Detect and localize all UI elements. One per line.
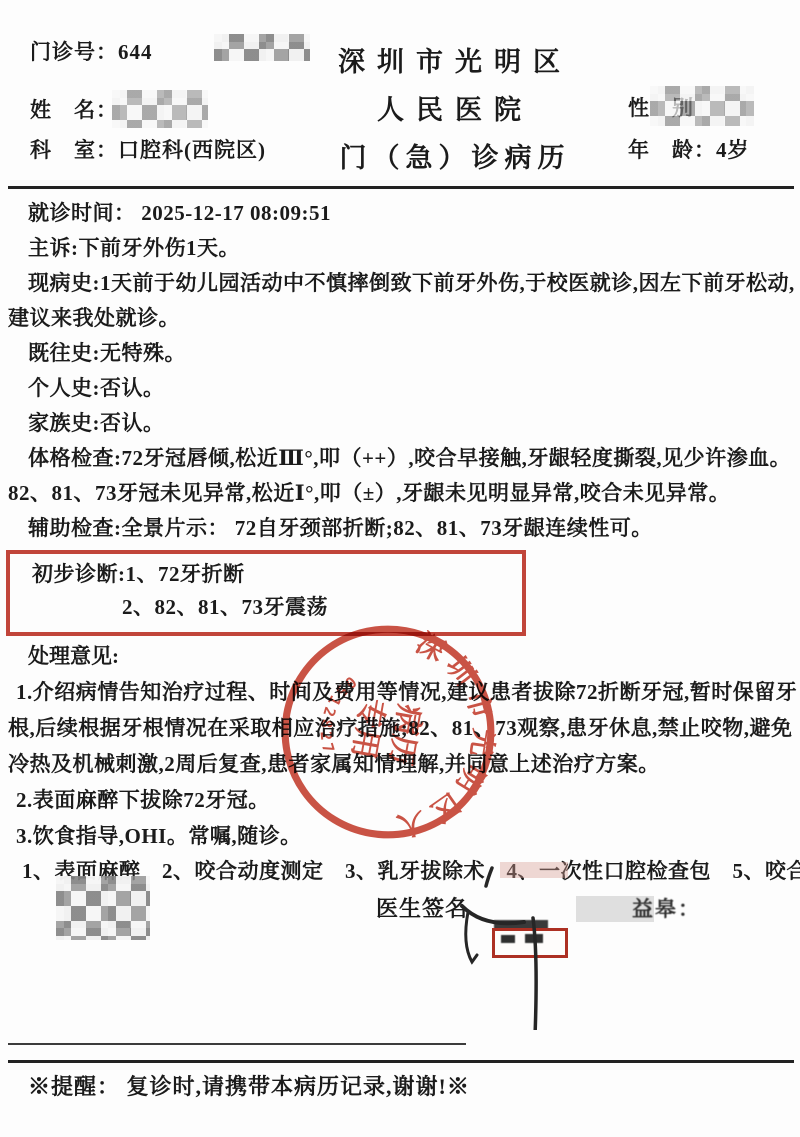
plan-line-4: 2.表面麻醉下拔除72牙冠。 [0,782,800,818]
hospital-name-line1: 深圳市光明区 [300,38,610,86]
diagnosis-line-2: 2、82、81、73牙震荡 [10,591,522,624]
chief-complaint: 主诉:下前牙外伤1天。 [0,231,800,266]
personal-history: 个人史:否认。 [0,371,800,406]
header-divider-line [8,186,794,189]
present-history-2: 建议来我处就诊。 [0,301,800,336]
department-value: 口腔科(西院区) [118,138,266,162]
physical-exam-1: 体格检查:72牙冠唇倾,松近Ⅲ°,叩（++）,咬合早接触,牙龈轻度撕裂,见少许渗… [0,441,800,476]
clinic-number-redaction-mosaic [214,34,310,61]
present-history-1: 现病史:1天前于幼儿园活动中不慎摔倒致下前牙外伤,于校医就诊,因左下前牙松动, [0,266,800,301]
clinic-number-value: 644 [118,40,153,64]
visit-time-line: 就诊时间： 2025-12-17 08:09:51 [0,196,800,231]
plan-line-3: 冷热及机械刺激,2周后复查,患者家属知情理解,并同意上述治疗方案。 [0,746,800,782]
plan-line-1: 1.介绍病情告知治疗过程、时间及费用等情况,建议患者拔除72折断牙冠,暂时保留牙 [0,674,800,710]
hospital-title-block: 深圳市光明区 人民医院 门（急）诊病历 [300,38,610,182]
treatment-plan: 1.介绍病情告知治疗过程、时间及费用等情况,建议患者拔除72折断牙冠,暂时保留牙… [0,674,800,889]
patient-name-redaction-mosaic [112,90,208,128]
age-label: 年 龄： [628,138,716,162]
footer-reminder: ※提醒： 复诊时,请携带本病历记录,谢谢!※ [28,1070,470,1101]
diagnosis-line-1: 初步诊断:1、72牙折断 [10,558,522,591]
auxiliary-exam: 辅助检查:全景片示： 72自牙颈部折断;82、81、73牙龈连续性可。 [0,511,800,546]
physical-exam-2: 82、81、73牙冠未见异常,松近Ⅰ°,叩（±）,牙龈未见明显异常,咬合未见异常… [0,476,800,511]
document-type-title: 门（急）诊病历 [300,134,610,182]
handwriting-strokes [430,860,670,1030]
footer-divider-short [8,1043,466,1045]
medical-record-page: 门诊号：644 姓 名： 科 室：口腔科(西院区) 深圳市光明区 人民医院 门（… [0,0,800,1137]
clinic-number-label: 门诊号： [30,40,118,64]
record-body: 就诊时间： 2025-12-17 08:09:51 主诉:下前牙外伤1天。 现病… [0,196,800,889]
department-label: 科 室： [30,138,118,162]
age-value: 4岁 [716,138,750,162]
past-history: 既往史:无特殊。 [0,336,800,371]
department-row: 科 室：口腔科(西院区) [30,134,266,164]
age-row: 年 龄：4岁 [628,134,750,164]
signature-area: 医生签名 益皋： [0,860,800,1030]
patient-name-row: 姓 名： [30,94,118,124]
plan-line-2: 根,后续根据牙根情况在采取相应治疗措施;82、81、73观察,患牙休息,禁止咬物… [0,710,800,746]
patient-name-label: 姓 名： [30,98,118,122]
plan-line-5: 3.饮食指导,OHI。常嘱,随诊。 [0,818,800,854]
footer-divider-long [8,1060,794,1063]
signature-redaction-mosaic [56,876,150,940]
treatment-plan-heading: 处理意见: [0,638,800,674]
clinic-number-row: 门诊号：644 [30,36,153,66]
sex-redaction-mosaic [650,86,754,126]
family-history: 家族史:否认。 [0,406,800,441]
hospital-name-line2: 人民医院 [300,86,610,134]
diagnosis-highlight-box: 初步诊断:1、72牙折断 2、82、81、73牙震荡 [6,550,526,636]
